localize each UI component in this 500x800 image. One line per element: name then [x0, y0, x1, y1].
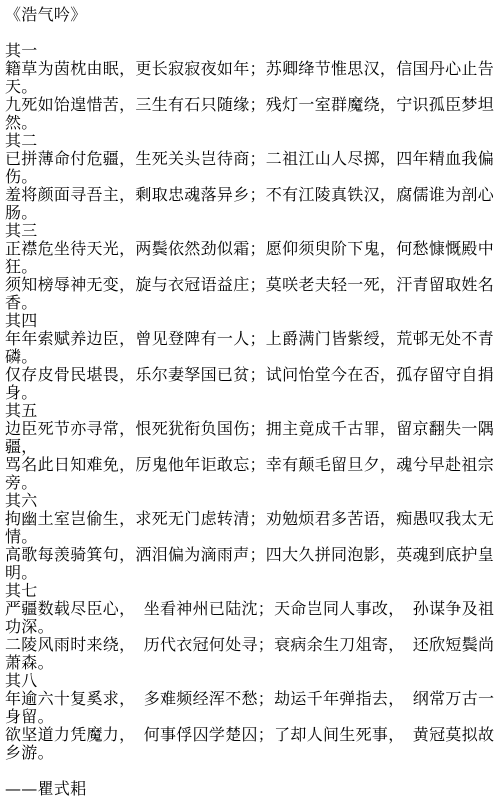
poem-line: 拘幽土室岂偷生，求死无门虑转清；劝勉烦君多苦语，痴愚叹我太无情。: [5, 510, 495, 546]
stanza: 其七严疆数载尽臣心， 坐看神州已陆沈；天命岂同人事改， 孙谋争及祖功深。二陵风雨…: [5, 582, 495, 672]
poem-body: 其一籍草为茵枕由眠，更长寂寂夜如年；苏卿绛节惟思汉，信国丹心止告天。九死如饴遑惜…: [5, 42, 495, 762]
poem-line: 边臣死节亦寻常，恨死犹衔负国伤；拥主竟成千古罪，留京翻失一隅疆，: [5, 420, 495, 456]
stanza-label: 其一: [5, 42, 495, 60]
stanza-label: 其四: [5, 312, 495, 330]
poem-document: 《浩气吟》 其一籍草为茵枕由眠，更长寂寂夜如年；苏卿绛节惟思汉，信国丹心止告天。…: [0, 0, 500, 800]
poem-line: 欲坚道力凭魔力， 何事俘囚学楚囚；了却人间生死事， 黄冠莫拟故乡游。: [5, 726, 495, 762]
stanza: 其二已拼薄命付危疆，生死关头岂待商；二祖江山人尽掷，四年精血我偏伤。羞将颜面寻吾…: [5, 132, 495, 222]
stanza: 其五边臣死节亦寻常，恨死犹衔负国伤；拥主竟成千古罪，留京翻失一隅疆，骂名此日知难…: [5, 402, 495, 492]
poem-line: 二陵风雨时来绕， 历代衣冠何处寻；衰病余生刀俎寄， 还欣短鬓尚萧森。: [5, 636, 495, 672]
stanza-label: 其六: [5, 492, 495, 510]
poem-line: 高歌每羡骑箕句，洒泪偏为滴雨声；四大久拼同泡影，英魂到底护皇明。: [5, 546, 495, 582]
poem-line: 年逾六十复奚求， 多难频经浑不愁；劫运千年弹指去， 纲常万古一身留。: [5, 690, 495, 726]
poem-line: 九死如饴遑惜苦，三生有石只随缘；残灯一室群魔绕，宁识孤臣梦坦然。: [5, 96, 495, 132]
poem-title: 《浩气吟》: [5, 6, 495, 24]
poem-line: 羞将颜面寻吾主，剩取忠魂落异乡；不有江陵真铁汉，腐儒谁为剖心肠。: [5, 186, 495, 222]
poem-line: 籍草为茵枕由眠，更长寂寂夜如年；苏卿绛节惟思汉，信国丹心止告天。: [5, 60, 495, 96]
stanza: 其六拘幽土室岂偷生，求死无门虑转清；劝勉烦君多苦语，痴愚叹我太无情。高歌每羡骑箕…: [5, 492, 495, 582]
stanza: 其四年年索赋养边臣，曾见登陴有一人；上爵满门皆紫绶，荒邨无处不青磷。仅存皮骨民堪…: [5, 312, 495, 402]
poem-line: 须知榜辱神无变，旋与衣冠语益庄；莫咲老夫轻一死，汗青留取姓名香。: [5, 276, 495, 312]
poem-line: 仅存皮骨民堪畏，乐尔妻孥国已贫；试问怡堂今在否，孤存留守自捐身。: [5, 366, 495, 402]
poem-line: 骂名此日知难免，厉鬼他年讵敢忘；幸有颠毛留旦夕，魂兮早赴祖宗旁。: [5, 456, 495, 492]
stanza: 其三正襟危坐待天光，两鬓依然劲似霜；愿仰须臾阶下鬼，何愁慷慨殿中狂。须知榜辱神无…: [5, 222, 495, 312]
stanza: 其一籍草为茵枕由眠，更长寂寂夜如年；苏卿绛节惟思汉，信国丹心止告天。九死如饴遑惜…: [5, 42, 495, 132]
poem-line: 已拼薄命付危疆，生死关头岂待商；二祖江山人尽掷，四年精血我偏伤。: [5, 150, 495, 186]
poem-line: 严疆数载尽臣心， 坐看神州已陆沈；天命岂同人事改， 孙谋争及祖功深。: [5, 600, 495, 636]
poem-line: 正襟危坐待天光，两鬓依然劲似霜；愿仰须臾阶下鬼，何愁慷慨殿中狂。: [5, 240, 495, 276]
poem-line: 年年索赋养边臣，曾见登陴有一人；上爵满门皆紫绶，荒邨无处不青磷。: [5, 330, 495, 366]
stanza-label: 其八: [5, 672, 495, 690]
stanza: 其八年逾六十复奚求， 多难频经浑不愁；劫运千年弹指去， 纲常万古一身留。欲坚道力…: [5, 672, 495, 762]
stanza-label: 其五: [5, 402, 495, 420]
stanza-label: 其二: [5, 132, 495, 150]
stanza-label: 其七: [5, 582, 495, 600]
stanza-label: 其三: [5, 222, 495, 240]
author-signature: ——瞿式耜: [5, 780, 495, 798]
